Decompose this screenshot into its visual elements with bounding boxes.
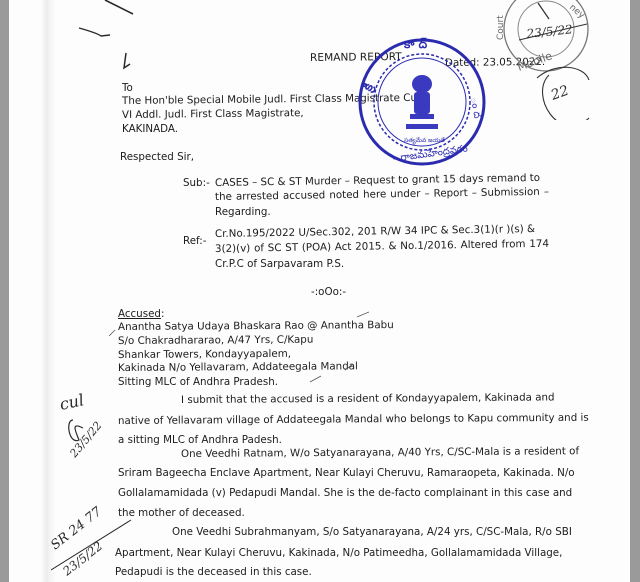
reference-line-2: 3(2)(v) of SC ST (POA) Act 2015. & No.1/…	[215, 239, 549, 255]
svg-text:ం ద: ం ద	[468, 97, 482, 120]
paragraph-3-line-2: Apartment, Near Kulayi Cheruvu, Kakinada…	[115, 548, 562, 558]
reference-line-1: Cr.No.195/2022 U/Sec.302, 201 R/W 34 IPC…	[215, 224, 535, 239]
subject-line-3: Regarding.	[215, 207, 271, 217]
svg-text:కా ద్: కా ద్	[403, 37, 428, 51]
paragraph-2-line-2: Sriram Bageecha Enclave Apartment, Near …	[118, 468, 575, 478]
margin-annotation-1: cul 23/5/22	[59, 390, 139, 460]
paragraph-2-line-3: Gollalamamidada (v) Pedapudi Mandal. She…	[118, 488, 572, 498]
separator: -:oOo:-	[311, 287, 346, 297]
paragraph-1-line-2: native of Yellavaram village of Addateeg…	[118, 413, 589, 427]
svg-text:Court: Court	[496, 15, 506, 40]
margin-annotation-2: SR 24 77 23/5/22	[51, 500, 141, 580]
mobile-stamp-date: 23/5/22	[525, 22, 573, 41]
paragraph-1-line-3: a sitting MLC of Andhra Padesh.	[118, 435, 282, 445]
document-page: REMAND REPORT Dated: 23.05.2022. To The …	[9, 0, 630, 582]
subject-label: Sub:-	[183, 178, 210, 188]
paragraph-3-line-3: Pedapudi is the deceased in this case.	[115, 567, 312, 577]
to-line: To	[122, 83, 133, 93]
svg-text:ney: ney	[567, 3, 587, 22]
paragraph-2-line-1: One Veedhi Ratnam, W/o Satyanarayana, A/…	[181, 446, 579, 459]
court-seal-stamp: క్రీ కా ద్ ం ద • రాజమహేంద్రవరం సత్యమేవ జ…	[356, 32, 506, 182]
reference-label: Ref:-	[183, 236, 206, 246]
pen-marks	[9, 0, 149, 90]
salutation: Respected Sir,	[120, 152, 194, 162]
margin-date-1: 23/5/22	[67, 419, 105, 460]
addressee-line-3: KAKINADA.	[122, 124, 178, 134]
tick-marks	[9, 300, 369, 400]
addressee-line-2: VI Addl. Judl. First Class Magistrate,	[122, 108, 304, 120]
subject-line-2: the arrested accused noted here under – …	[215, 187, 549, 203]
reference-line-3: Cr.P.C of Sarpavaram P.S.	[215, 259, 344, 269]
mobile-court-stamp: Mobile Court ney 23/5/22 22	[489, 0, 629, 120]
paragraph-3-line-1: One Veedhi Subrahmanyam, S/o Satyanaraya…	[172, 527, 572, 537]
page-mark: 22	[548, 83, 571, 105]
svg-text:సత్యమేవ జయతే: సత్యమేవ జయతే	[404, 137, 445, 145]
